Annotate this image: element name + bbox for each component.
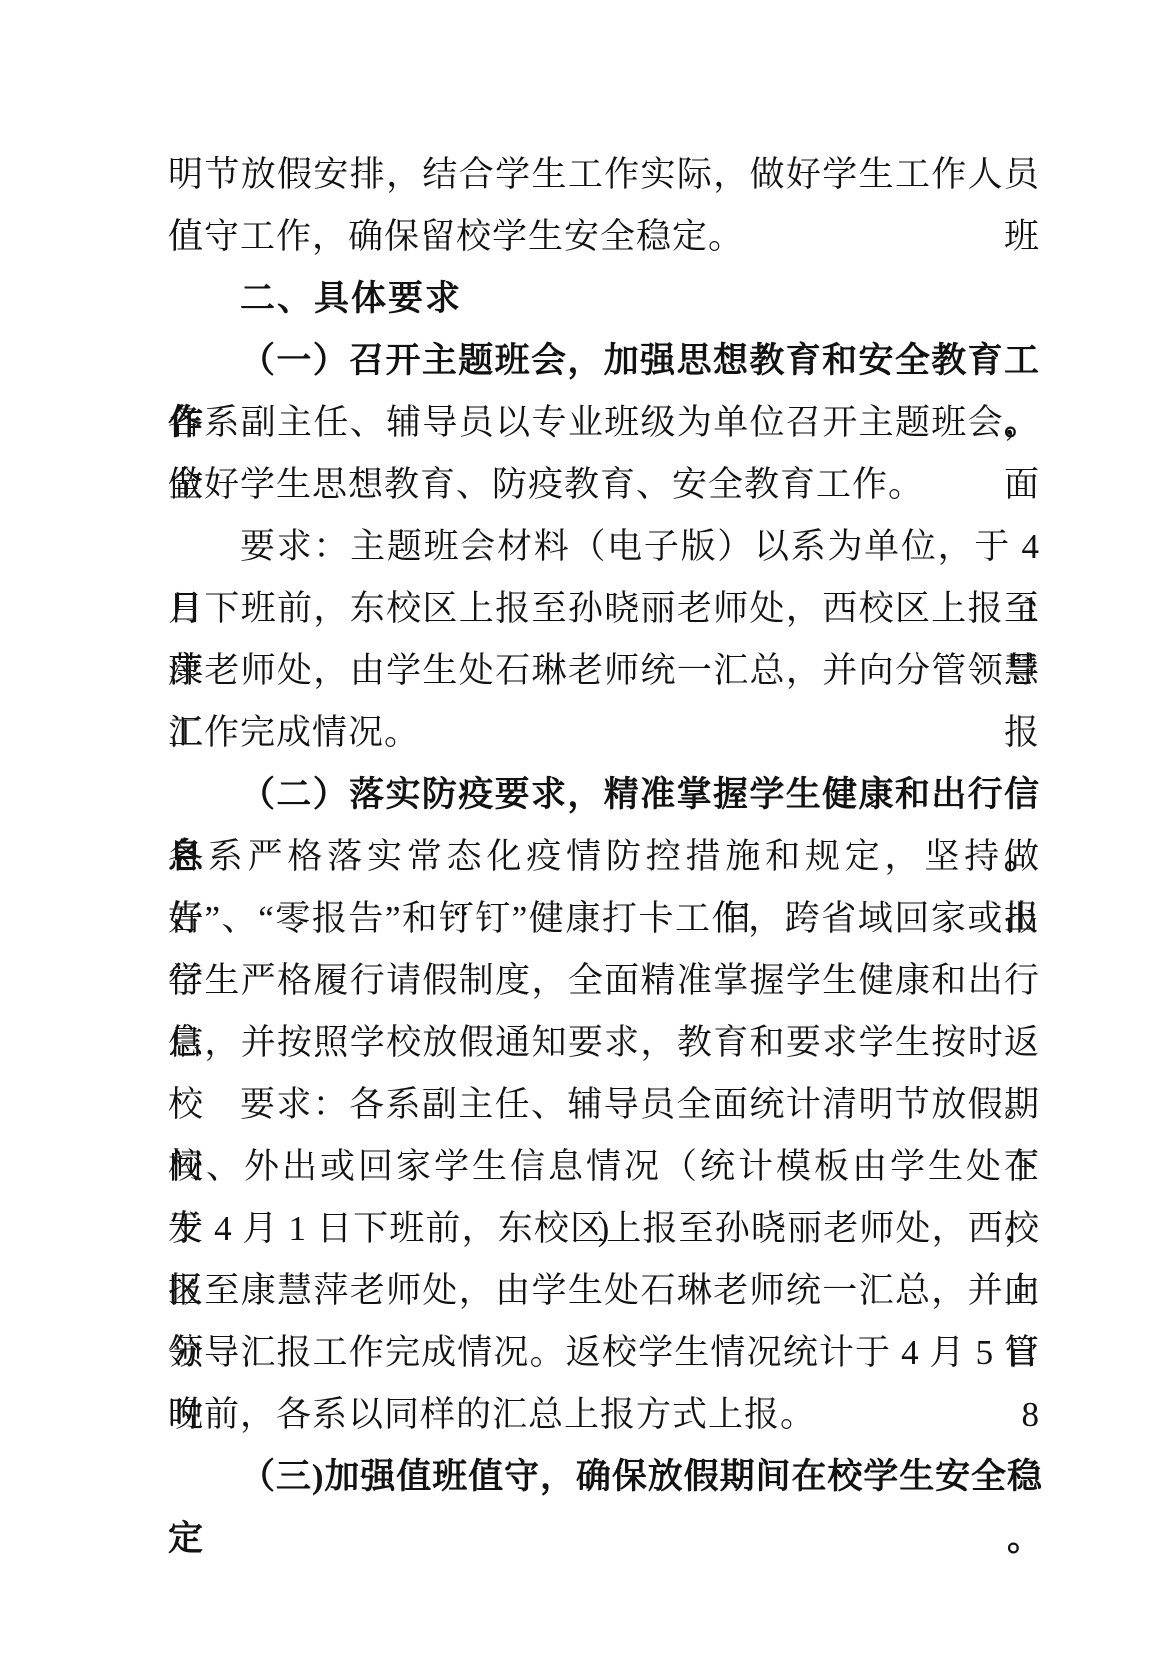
text-line: （一）召开主题班会，加强思想教育和安全教育工作。 bbox=[168, 330, 1040, 392]
text-line: 报至康慧萍老师处，由学生处石琳老师统一汇总，并向分管 bbox=[168, 1260, 1040, 1322]
document-body: 明节放假安排，结合学生工作实际，做好学生工作人员值班值守工作，确保留校学生安全稳… bbox=[168, 144, 1040, 1508]
text-line: 学生严格履行请假制度，全面精准掌握学生健康和出行信 bbox=[168, 950, 1040, 1012]
document-page: 明节放假安排，结合学生工作实际，做好学生工作人员值班值守工作，确保留校学生安全稳… bbox=[0, 0, 1176, 1663]
text-line: 告”、“零报告”和钉钉”健康打卡工作，跨省域回家或出行 bbox=[168, 888, 1040, 950]
text-line: 日下班前，东校区上报至孙晓丽老师处，西校区上报至康慧 bbox=[168, 578, 1040, 640]
text-line: 领导汇报工作完成情况。返校学生情况统计于 4 月 5 日晚 8 bbox=[168, 1322, 1040, 1384]
text-line: 做好学生思想教育、防疫教育、安全教育工作。 bbox=[168, 454, 1040, 516]
text-line: 于 4 月 1 日下班前，东校区上报至孙晓丽老师处，西校区上 bbox=[168, 1198, 1040, 1260]
text-line: 明节放假安排，结合学生工作实际，做好学生工作人员值班 bbox=[168, 144, 1040, 206]
text-line: 各系副主任、辅导员以专业班级为单位召开主题班会，全面 bbox=[168, 392, 1040, 454]
text-line: （二）落实防疫要求，精准掌握学生健康和出行信息。 bbox=[168, 764, 1040, 826]
text-line: 萍老师处，由学生处石琳老师统一汇总，并向分管领导汇报 bbox=[168, 640, 1040, 702]
text-line: 息，并按照学校放假通知要求，教育和要求学生按时返校。 bbox=[168, 1012, 1040, 1074]
text-line: 二、具体要求 bbox=[168, 268, 1040, 330]
text-line: 校、外出或回家学生信息情况（统计模板由学生处下发)， bbox=[168, 1136, 1040, 1198]
text-line: 要求：主题班会材料（电子版）以系为单位，于 4 月 1 bbox=[168, 516, 1040, 578]
text-line: （三)加强值班值守，确保放假期间在校学生安全稳定。 bbox=[168, 1446, 1040, 1508]
text-line: 各系严格落实常态化疫情防控措施和规定，坚持做好“日报 bbox=[168, 826, 1040, 888]
text-line: 要求：各系副主任、辅导员全面统计清明节放假期间在 bbox=[168, 1074, 1040, 1136]
